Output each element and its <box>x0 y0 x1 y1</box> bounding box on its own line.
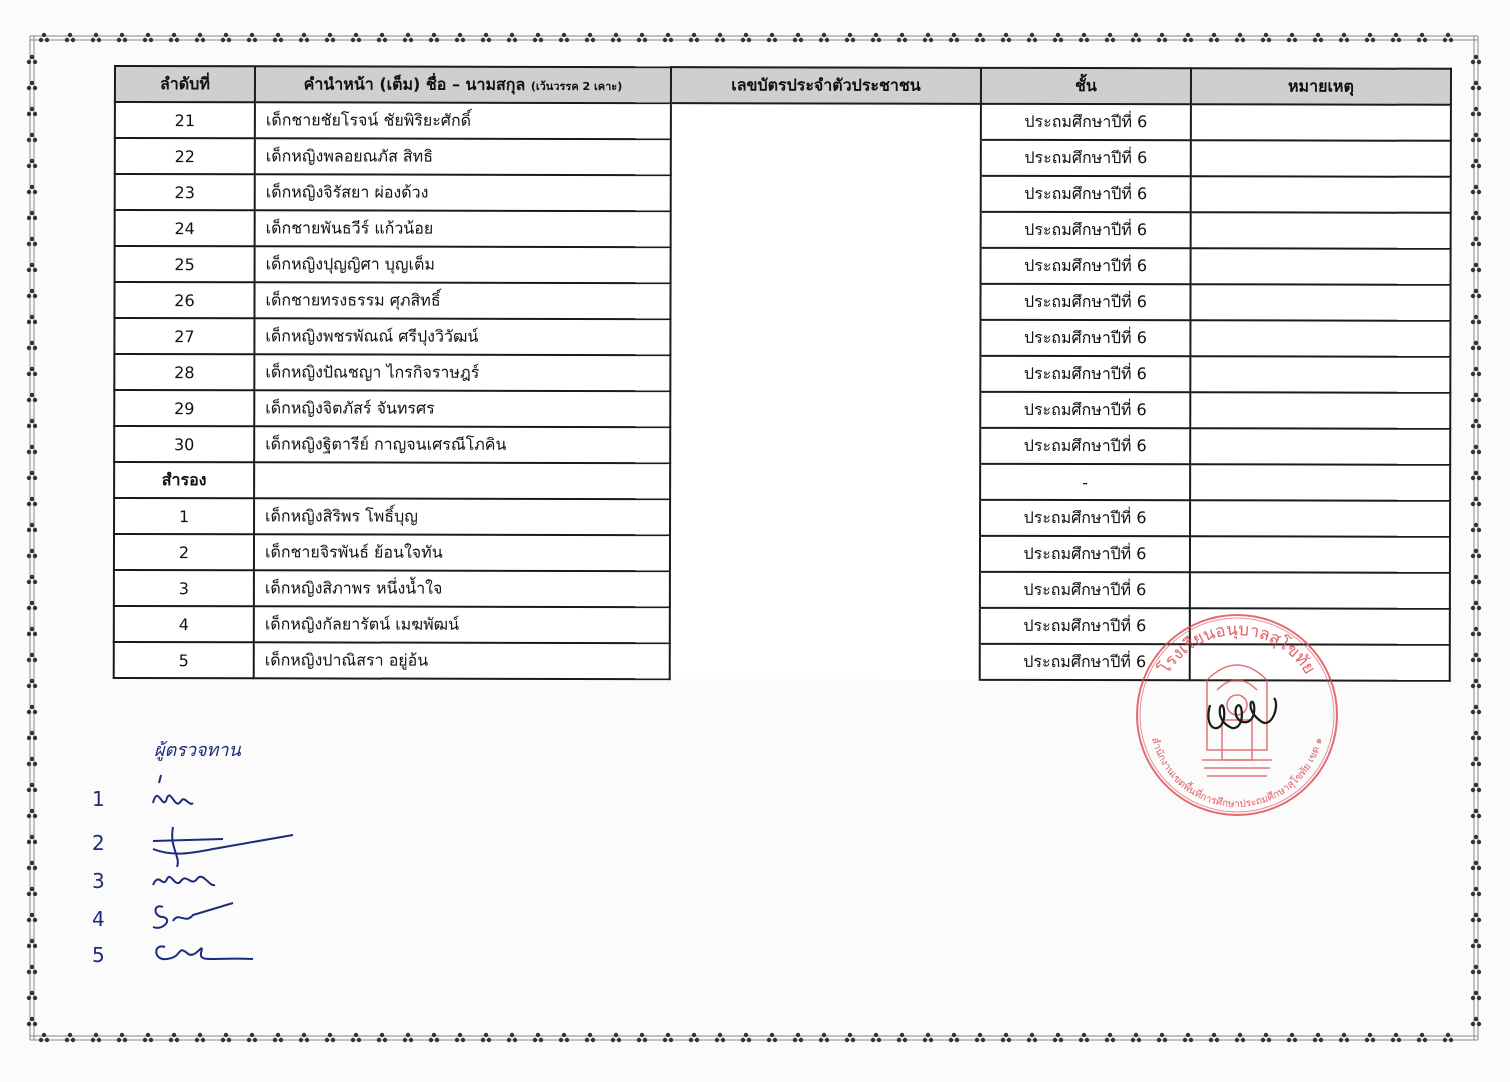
header-id-card: เลขบัตรประจำตัวประชาชน <box>671 67 981 104</box>
cell-name: เด็กหญิงฐิตารีย์ กาญจนเศรณีโภคิน <box>254 426 670 463</box>
cell-order: 24 <box>115 210 255 246</box>
cell-grade: ประถมศึกษาปีที่ 6 <box>981 140 1191 176</box>
cell-grade: ประถมศึกษาปีที่ 6 <box>980 284 1190 320</box>
table-header-row: ลำดับที่ คำนำหน้า (เต็ม) ชื่อ – นามสกุล … <box>115 66 1451 105</box>
cell-id-card <box>670 391 980 428</box>
cell-remark <box>1190 428 1450 465</box>
svg-text:สำนักงานเขตพื้นที่การศึกษาประถ: สำนักงานเขตพื้นที่การศึกษาประถมศึกษาสุโข… <box>1149 736 1325 810</box>
signature-row: 1 <box>92 787 140 811</box>
cell-name: เด็กชายจิรพันธ์ ย้อนใจทัน <box>254 534 670 571</box>
table-row: 30เด็กหญิงฐิตารีย์ กาญจนเศรณีโภคินประถมศ… <box>114 426 1450 465</box>
reviewer-signatures: ผู้ตรวจทาน 12345 <box>92 735 352 995</box>
student-roster-table: ลำดับที่ คำนำหน้า (เต็ม) ชื่อ – นามสกุล … <box>113 65 1452 682</box>
reserve-row: 2เด็กชายจิรพันธ์ ย้อนใจทันประถมศึกษาปีที… <box>114 534 1450 573</box>
handwritten-signature <box>148 929 308 979</box>
cell-name: เด็กหญิงจิรัสยา ผ่องด้วง <box>255 174 671 211</box>
cell-id-card <box>670 355 980 392</box>
cell-id-card <box>670 283 980 320</box>
cell-remark <box>1191 140 1451 177</box>
cell-name: เด็กชายชัยโรจน์ ชัยพิริยะศักดิ์ <box>255 102 671 139</box>
cell-grade: ประถมศึกษาปีที่ 6 <box>980 428 1190 464</box>
signature-number: 2 <box>92 831 140 855</box>
cell-order: 21 <box>115 102 255 138</box>
school-stamp: โรงเรียนอนุบาลสุโขทัย สำนักงานเขตพื้นที่… <box>1132 610 1342 820</box>
cell-name: เด็กหญิงปัณชญา ไกรกิจราษฎร์ <box>254 354 670 391</box>
cell-grade: ประถมศึกษาปีที่ 6 <box>980 320 1190 356</box>
reserve-row: 1เด็กหญิงสิริพร โพธิ์บุญประถมศึกษาปีที่ … <box>114 498 1450 537</box>
cell-name <box>254 462 670 499</box>
cell-name: เด็กหญิงปุญญิศา บุญเต็ม <box>255 246 671 283</box>
cell-id-card <box>670 607 980 644</box>
signature-number: 3 <box>92 869 140 893</box>
cell-grade: ประถมศึกษาปีที่ 6 <box>981 212 1191 248</box>
cell-id-card <box>670 463 980 500</box>
signature-heading: ผู้ตรวจทาน <box>154 735 241 764</box>
handwritten-signature <box>148 773 308 823</box>
cell-remark <box>1190 356 1450 393</box>
cell-id-card <box>670 499 980 536</box>
cell-name: เด็กหญิงพชรพัณณ์ ศรีปุงวิวัฒน์ <box>254 318 670 355</box>
header-remark: หมายเหตุ <box>1191 68 1451 105</box>
cell-name: เด็กชายทรงธรรม ศุภสิทธิ์ <box>254 282 670 319</box>
cell-name: เด็กหญิงสิริพร โพธิ์บุญ <box>254 498 670 535</box>
cell-grade: ประถมศึกษาปีที่ 6 <box>980 500 1190 536</box>
cell-order: 22 <box>115 138 255 174</box>
svg-text:โรงเรียนอนุบาลสุโขทัย: โรงเรียนอนุบาลสุโขทัย <box>1154 620 1319 678</box>
cell-name: เด็กหญิงจิตภัสร์ จันทรศร <box>254 390 670 427</box>
cell-grade: ประถมศึกษาปีที่ 6 <box>980 572 1190 608</box>
cell-id-card <box>670 319 980 356</box>
signature-number: 5 <box>92 943 140 967</box>
cell-remark <box>1190 536 1450 573</box>
cell-grade: ประถมศึกษาปีที่ 6 <box>980 392 1190 428</box>
cell-grade: ประถมศึกษาปีที่ 6 <box>981 248 1191 284</box>
cell-remark <box>1191 248 1451 285</box>
cell-grade: ประถมศึกษาปีที่ 6 <box>981 104 1191 140</box>
header-name-main: คำนำหน้า (เต็ม) ชื่อ – นามสกุล <box>304 74 526 93</box>
cell-order: 4 <box>114 606 254 642</box>
cell-remark <box>1190 284 1450 321</box>
header-grade: ชั้น <box>981 68 1191 104</box>
reserve-row: 3เด็กหญิงสิภาพร หนึ่งน้ำใจประถมศึกษาปีที… <box>114 570 1450 609</box>
cell-remark <box>1191 176 1451 213</box>
table-row: 21เด็กชายชัยโรจน์ ชัยพิริยะศักดิ์ประถมศึ… <box>115 102 1451 141</box>
cell-grade: - <box>980 464 1190 500</box>
table-row: 28เด็กหญิงปัณชญา ไกรกิจราษฎร์ประถมศึกษาป… <box>114 354 1450 393</box>
cell-remark <box>1190 392 1450 429</box>
table-row: 27เด็กหญิงพชรพัณณ์ ศรีปุงวิวัฒน์ประถมศึก… <box>114 318 1450 357</box>
cell-order: 29 <box>114 390 254 426</box>
cell-id-card <box>670 643 980 680</box>
cell-order: 27 <box>114 318 254 354</box>
cell-order: 30 <box>114 426 254 462</box>
cell-name: เด็กหญิงสิภาพร หนึ่งน้ำใจ <box>254 570 670 607</box>
cell-order: 5 <box>114 642 254 678</box>
table-row: 24เด็กชายพันธวีร์ แก้วน้อยประถมศึกษาปีที… <box>115 210 1451 249</box>
cell-order: 25 <box>115 246 255 282</box>
cell-id-card <box>670 571 980 608</box>
cell-order: 1 <box>114 498 254 534</box>
header-name-note: (เว้นวรรค 2 เคาะ) <box>531 79 622 92</box>
signature-row: 3 <box>92 869 140 893</box>
cell-id-card <box>671 175 981 212</box>
cell-id-card <box>671 211 981 248</box>
signature-row: 2 <box>92 831 140 855</box>
cell-id-card <box>671 247 981 284</box>
signature-row: 5 <box>92 943 140 967</box>
cell-order: 28 <box>114 354 254 390</box>
cell-remark <box>1190 464 1450 501</box>
cell-id-card <box>670 427 980 464</box>
cell-remark <box>1191 212 1451 249</box>
cell-grade: ประถมศึกษาปีที่ 6 <box>980 356 1190 392</box>
header-name: คำนำหน้า (เต็ม) ชื่อ – นามสกุล (เว้นวรรค… <box>255 66 671 103</box>
cell-remark <box>1190 500 1450 537</box>
cell-name: เด็กชายพันธวีร์ แก้วน้อย <box>255 210 671 247</box>
cell-id-card <box>670 535 980 572</box>
cell-grade: ประถมศึกษาปีที่ 6 <box>981 176 1191 212</box>
cell-remark <box>1190 320 1450 357</box>
header-order: ลำดับที่ <box>115 66 255 102</box>
cell-order: 26 <box>114 282 254 318</box>
table-row: 29เด็กหญิงจิตภัสร์ จันทรศรประถมศึกษาปีที… <box>114 390 1450 429</box>
reserve-section-row: สำรอง- <box>114 462 1450 501</box>
cell-id-card <box>671 103 981 140</box>
cell-grade: ประถมศึกษาปีที่ 6 <box>980 536 1190 572</box>
table-row: 23เด็กหญิงจิรัสยา ผ่องด้วงประถมศึกษาปีที… <box>115 174 1451 213</box>
table-row: 22เด็กหญิงพลอยณภัส สิทธิประถมศึกษาปีที่ … <box>115 138 1451 177</box>
cell-id-card <box>671 139 981 176</box>
cell-name: เด็กหญิงปาณิสรา อยู่อ้น <box>254 642 670 679</box>
cell-name: เด็กหญิงกัลยารัตน์ เมฆพัฒน์ <box>254 606 670 643</box>
table-row: 26เด็กชายทรงธรรม ศุภสิทธิ์ประถมศึกษาปีที… <box>114 282 1450 321</box>
signature-number: 4 <box>92 907 140 931</box>
signature-number: 1 <box>92 787 140 811</box>
cell-order: 3 <box>114 570 254 606</box>
cell-order: 2 <box>114 534 254 570</box>
cell-name: เด็กหญิงพลอยณภัส สิทธิ <box>255 138 671 175</box>
cell-remark <box>1190 572 1450 609</box>
signature-row: 4 <box>92 907 140 931</box>
cell-remark <box>1191 104 1451 141</box>
cell-order: 23 <box>115 174 255 210</box>
reserve-label: สำรอง <box>114 462 254 498</box>
table-row: 25เด็กหญิงปุญญิศา บุญเต็มประถมศึกษาปีที่… <box>115 246 1451 285</box>
